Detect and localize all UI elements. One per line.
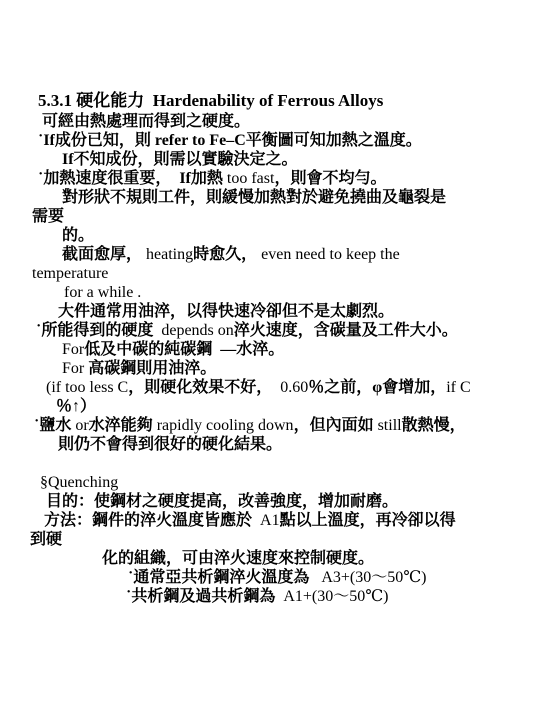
text-line: ˙鹽水 or水淬能夠 rapidly cooling down，但內面如 sti…: [0, 416, 540, 435]
text-line: 方法：鋼件的淬火溫度皆應於 A1點以上溫度，再冷卻以得: [0, 511, 540, 530]
text-segment: 高碳鋼則用油淬。: [88, 360, 216, 377]
text-line: 需要: [0, 207, 540, 226]
text-line: ％↑）: [0, 397, 540, 416]
text-segment: 化的組織，可由淬火速度來控制硬度。: [102, 550, 374, 567]
text-segment: if C: [446, 379, 470, 396]
text-segment: ˙If成份已知，則 refer to Fe–C平衡圖可知加熱之溫度。: [38, 132, 422, 149]
text-segment: ，但內面如: [294, 417, 378, 434]
text-line: ˙共析鋼及過共析鋼為 A1+(30～50℃): [0, 587, 540, 606]
text-segment: ，則會不均勻。: [274, 170, 386, 187]
text-segment: still: [378, 417, 402, 434]
text-segment: 方法：鋼件的淬火溫度皆應於: [44, 512, 260, 529]
text-segment: too fast: [227, 170, 275, 187]
text-segment: A1: [260, 512, 280, 529]
text-segment: 時愈久，: [193, 246, 261, 263]
text-segment: 散熱慢，: [402, 417, 466, 434]
text-segment: 目的：使鋼材之硬度提高，改善強度，增加耐磨。: [46, 493, 398, 510]
text-segment: ˙加熱速度很重要， If加熱: [38, 170, 227, 187]
text-segment: 0.60: [280, 379, 308, 396]
text-segment: even need to keep the: [261, 246, 400, 263]
text-line: 可經由熱處理而得到之硬度。: [0, 112, 540, 131]
text-segment: 的。: [62, 227, 94, 244]
text-segment: ％↑）: [56, 398, 96, 415]
text-segment: A3+(30～50℃): [321, 569, 426, 586]
text-segment: 則仍不會得到很好的硬化結果。: [58, 436, 282, 453]
text-line: 大件通常用油淬，以得快速冷卻但不是太劇烈。: [0, 302, 540, 321]
text-line: ˙所能得到的硬度 depends on淬火速度，含碳量及工件大小。: [0, 321, 540, 340]
text-segment: heating: [146, 246, 193, 263]
text-segment: 可經由熱處理而得到之硬度。: [42, 113, 250, 130]
text-line: 的。: [0, 226, 540, 245]
text-segment: If不知成份，則需以實驗決定之。: [62, 151, 298, 168]
text-line: for a while .: [0, 283, 540, 302]
text-line: 則仍不會得到很好的硬化結果。: [0, 435, 540, 454]
text-segment: or: [75, 417, 88, 434]
text-line: 截面愈厚， heating時愈久， even need to keep the: [0, 245, 540, 264]
text-segment: ˙所能得到的硬度: [36, 322, 161, 339]
text-segment: 低及中碳的純碳鋼 —水淬。: [84, 341, 284, 358]
section-heading: §Quenching: [0, 473, 540, 492]
text-line: (if too less C，則硬化效果不好， 0.60％之前，φ會增加，if …: [0, 378, 540, 397]
text-segment: 到硬: [30, 531, 62, 548]
text-segment: 5.3.1 硬化能力 Hardenability of Ferrous Allo…: [38, 91, 383, 110]
text-line: 目的：使鋼材之硬度提高，改善強度，增加耐磨。: [0, 492, 540, 511]
text-segment: 對形狀不規則工件，則緩慢加熱對於避免撓曲及龜裂是: [62, 189, 446, 206]
text-segment: 點以上溫度，再冷卻以得: [280, 512, 456, 529]
text-segment: ％之前，φ會增加，: [308, 379, 446, 396]
text-segment: for a while .: [64, 284, 141, 301]
text-segment: (if too less C: [46, 379, 128, 396]
text-segment: ˙鹽水: [34, 417, 75, 434]
text-segment: 大件通常用油淬，以得快速冷卻但不是太劇烈。: [58, 303, 394, 320]
text-segment: For: [62, 360, 88, 377]
page-title: 5.3.1 硬化能力 Hardenability of Ferrous Allo…: [0, 90, 540, 112]
text-line: temperature: [0, 264, 540, 283]
text-segment: 需要: [32, 208, 64, 225]
text-line: 對形狀不規則工件，則緩慢加熱對於避免撓曲及龜裂是: [0, 188, 540, 207]
text-segment: §Quenching: [40, 474, 118, 491]
text-segment: temperature: [32, 265, 108, 282]
text-line: ˙加熱速度很重要， If加熱 too fast，則會不均勻。: [0, 169, 540, 188]
text-segment: 淬火速度，含碳量及工件大小。: [234, 322, 458, 339]
text-line: 化的組織，可由淬火速度來控制硬度。: [0, 549, 540, 568]
text-segment: ˙通常亞共析鋼淬火溫度為: [128, 569, 321, 586]
document-page: 5.3.1 硬化能力 Hardenability of Ferrous Allo…: [0, 0, 540, 606]
blank-line: [0, 454, 540, 473]
text-segment: depends on: [161, 322, 233, 339]
text-segment: A1+(30～50℃): [283, 588, 388, 605]
text-segment: 截面愈厚，: [62, 246, 146, 263]
text-line: For低及中碳的純碳鋼 —水淬。: [0, 340, 540, 359]
text-segment: 水淬能夠: [89, 417, 157, 434]
text-line: 到硬: [0, 530, 540, 549]
text-segment: ˙共析鋼及過共析鋼為: [126, 588, 283, 605]
text-segment: ，則硬化效果不好，: [128, 379, 280, 396]
text-line: ˙If成份已知，則 refer to Fe–C平衡圖可知加熱之溫度。: [0, 131, 540, 150]
text-segment: rapidly cooling down: [157, 417, 294, 434]
text-line: If不知成份，則需以實驗決定之。: [0, 150, 540, 169]
text-segment: For: [62, 341, 84, 358]
text-line: For 高碳鋼則用油淬。: [0, 359, 540, 378]
text-line: ˙通常亞共析鋼淬火溫度為 A3+(30～50℃): [0, 568, 540, 587]
